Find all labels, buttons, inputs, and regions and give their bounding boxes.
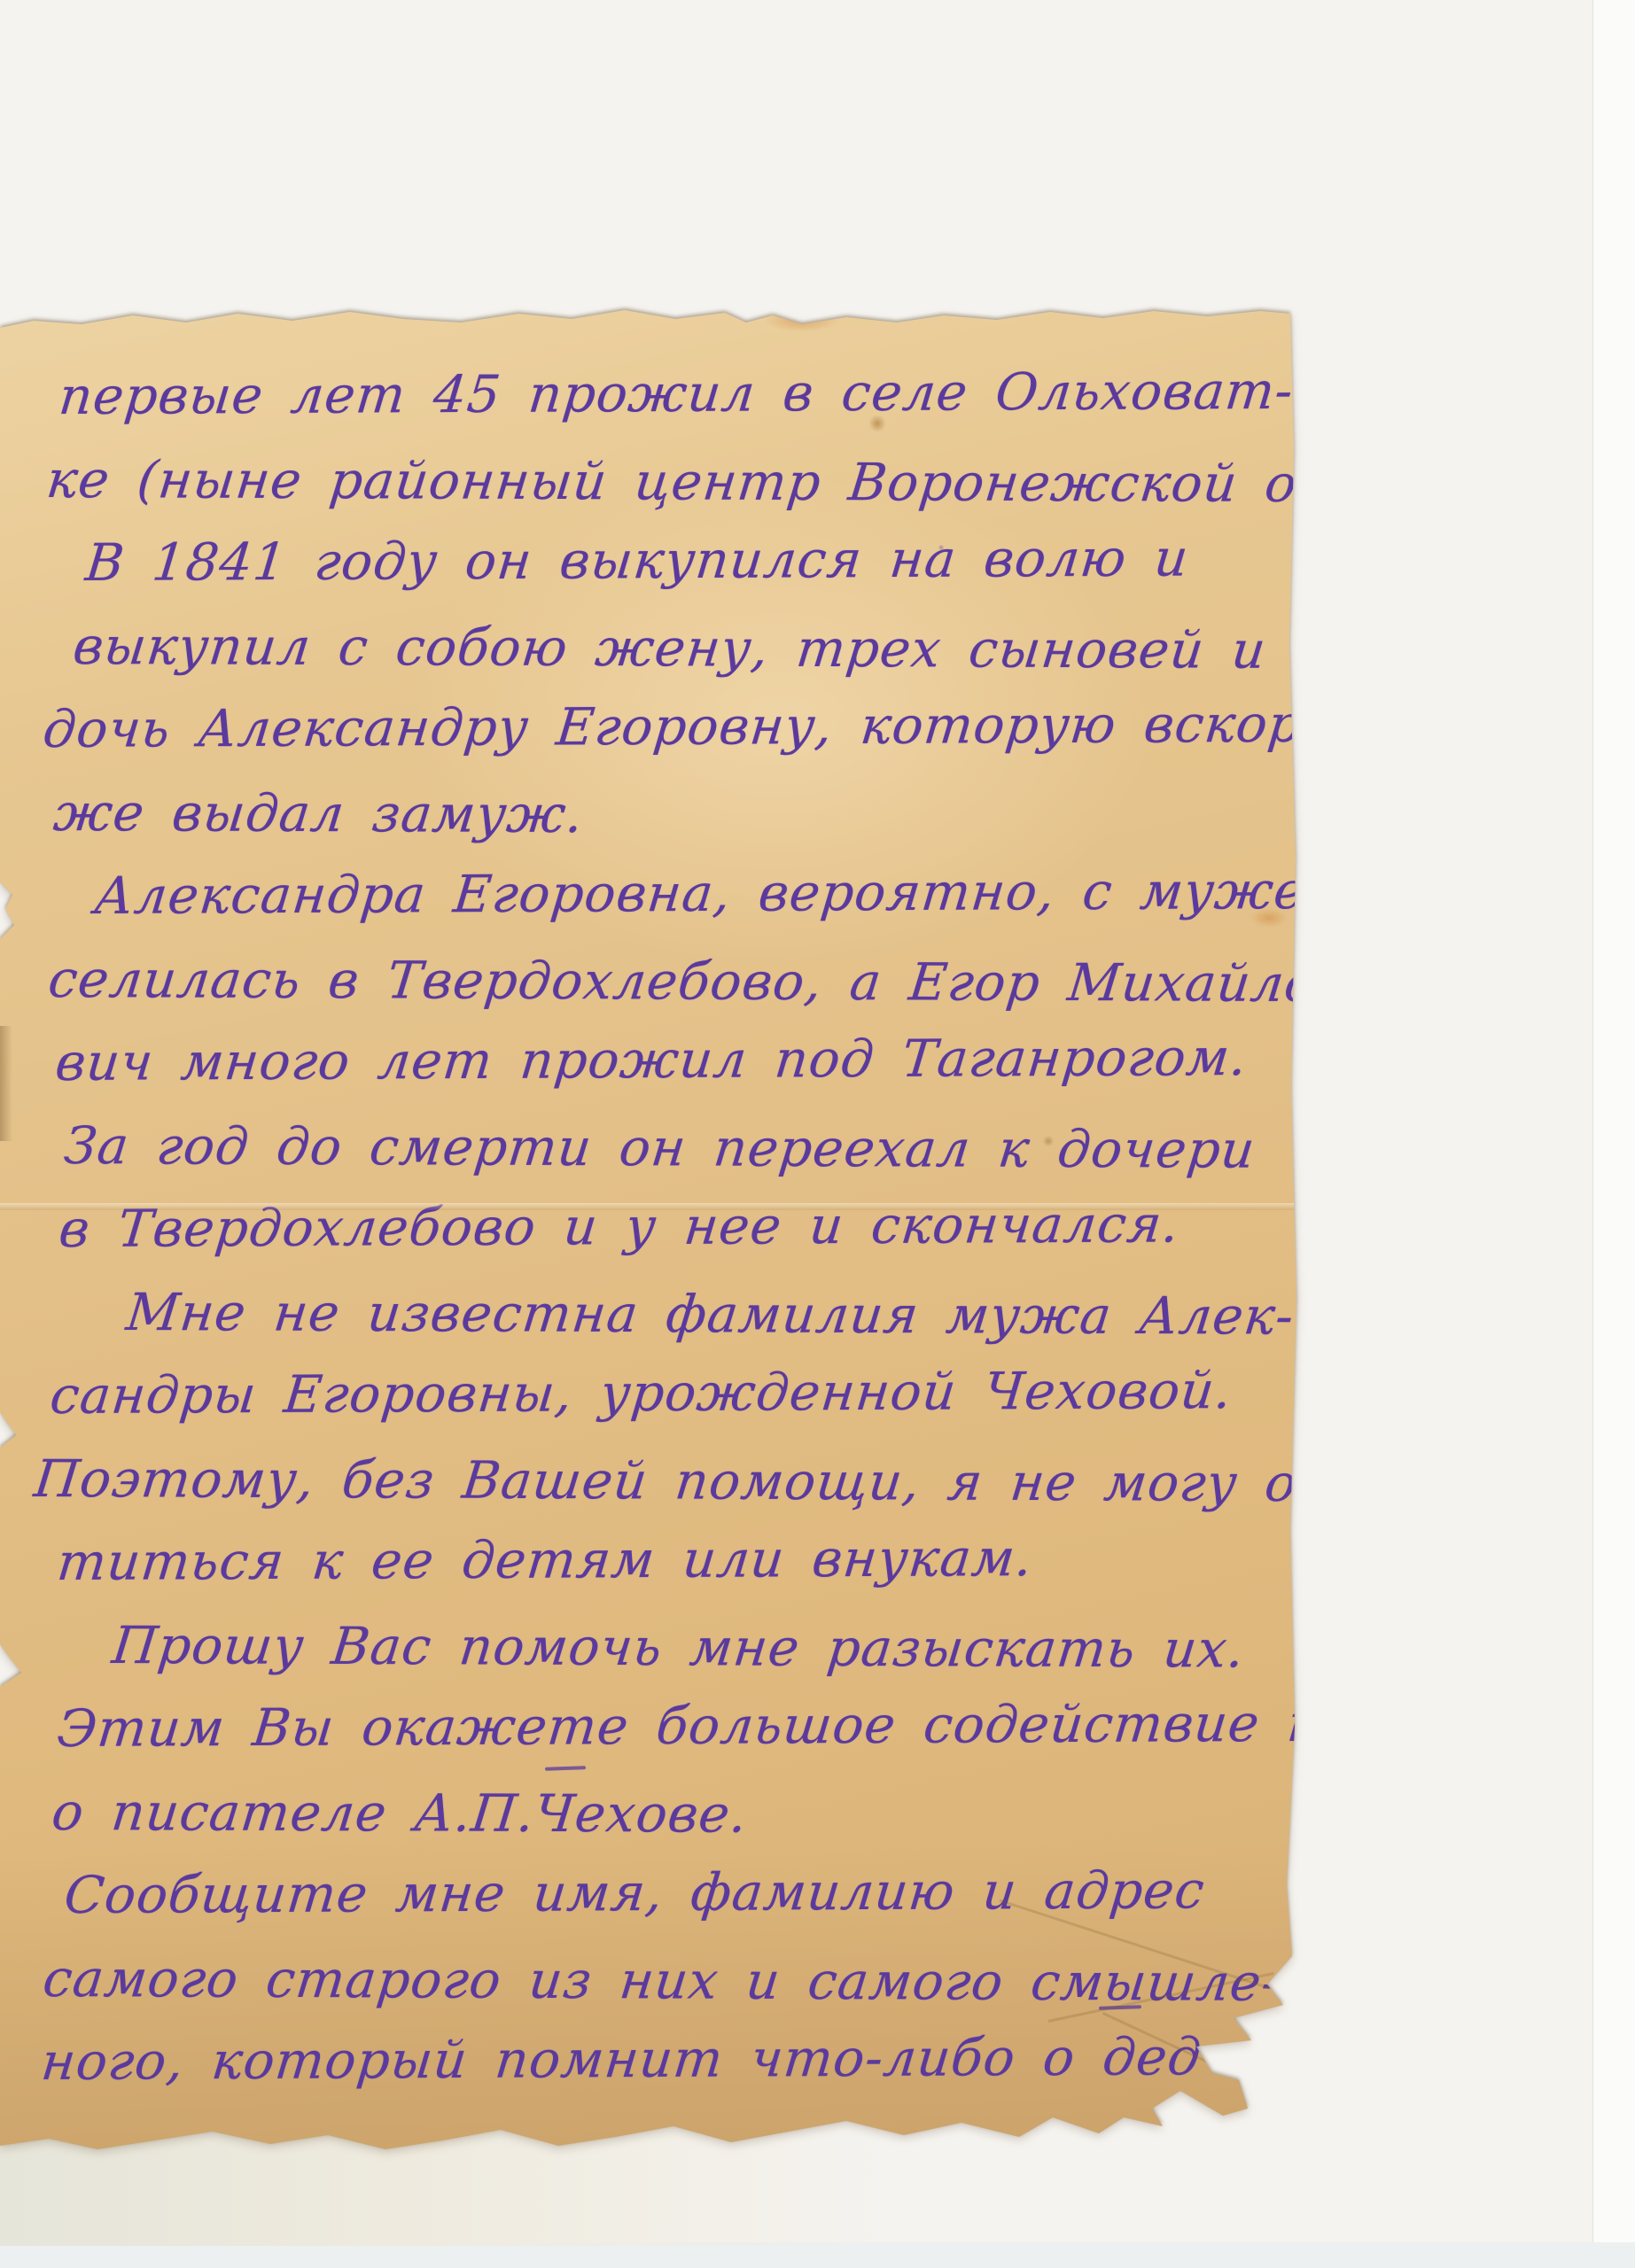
handwriting-line-4: выкупил с собою жену, трех сыновей и xyxy=(69,604,1294,692)
handwriting-line-14: Поэтому, без Вашей помощи, я не могу обр… xyxy=(30,1437,1294,1525)
scan-bottom-strip xyxy=(0,2242,1635,2268)
scanned-letter-page: первые лет 45 прожил в селе Ольховат- ке… xyxy=(0,0,1635,2268)
handwriting-line-21: ного, который помнит что-либо о дед xyxy=(37,2015,1294,2103)
handwriting-line-15: титься к ее детям или внукам. xyxy=(53,1515,1294,1604)
handwriting-line-3: В 1841 году он выкупился на волю и xyxy=(82,516,1294,604)
handwriting-line-16: Прошу Вас помочь мне разыскать их. xyxy=(108,1604,1294,1691)
handwriting-line-12: Мне не известна фамилия мужа Алек- xyxy=(122,1270,1294,1358)
edge-crease xyxy=(0,1026,12,1141)
handwriting-line-8: селилась в Твердохлебово, а Егор Михайло… xyxy=(44,937,1294,1025)
handwriting-line-9: вич много лет прожил под Таганрогом. xyxy=(51,1015,1294,1104)
handwriting-line-2: ке (ныне районный центр Воронежской обл.… xyxy=(43,438,1294,525)
handwriting-line-7: Александра Егоровна, вероятно, с мужем п… xyxy=(90,849,1294,937)
handwriting-line-17: Этим Вы окажете большое содействие науке xyxy=(53,1682,1294,1770)
letter-paper: первые лет 45 прожил в селе Ольховат- ке… xyxy=(0,308,1301,2179)
handwriting-line-18: о писателе А.П.Чехове. xyxy=(48,1770,1294,1858)
handwriting-line-19: Сообщите мне имя, фамилию и адрес xyxy=(60,1848,1294,1937)
handwriting-line-11: в Твердохлебово и у нее и скончался. xyxy=(55,1182,1294,1270)
letter-text: первые лет 45 прожил в селе Ольховат- ке… xyxy=(31,354,1289,2103)
letter-paper-wrap: первые лет 45 прожил в селе Ольховат- ке… xyxy=(0,308,1301,2179)
scan-edge-strip xyxy=(1592,0,1635,2268)
handwriting-line-13: сандры Егоровны, урожденной Чеховой. xyxy=(46,1348,1294,1437)
handwriting-line-20: самого старого из них и самого смышле- xyxy=(39,1937,1294,2024)
handwriting-line-6: же выдал замуж. xyxy=(50,771,1294,858)
handwriting-line-5: дочь Александру Егоровну, которую вскоре… xyxy=(39,682,1294,771)
handwriting-line-10: За год до смерти он переехал к дочери xyxy=(60,1104,1294,1192)
handwriting-line-1: первые лет 45 прожил в селе Ольховат- xyxy=(55,349,1294,438)
